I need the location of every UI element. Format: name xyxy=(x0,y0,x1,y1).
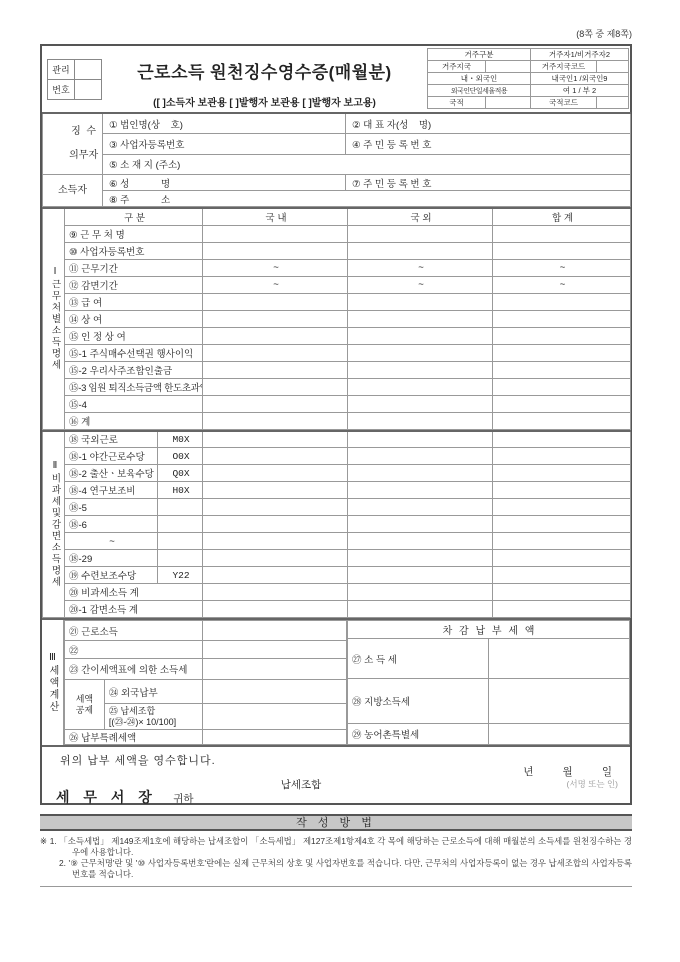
table-row: ㉖ 납부특례세액 xyxy=(65,730,347,745)
withholding-receipt-form: 관리 번호 근로소득 원천징수영수증(매월분) ([ ]소득자 보관용 [ ]발… xyxy=(40,44,632,805)
period-cell[interactable]: ~ xyxy=(203,276,348,293)
value-cell[interactable] xyxy=(348,516,493,533)
receipt-block: 위의 납부 세액을 영수합니다. 년 월 일 납세조합 (서명 또는 인) 세 … xyxy=(42,745,630,803)
table-row: ⑲ 수련보조수당 Y22 xyxy=(43,567,631,584)
field-business-reg-no[interactable]: ③ 사업자등록번호 xyxy=(103,134,346,155)
period-cell[interactable]: ~ xyxy=(348,276,493,293)
value-cell[interactable] xyxy=(493,412,631,429)
value-cell[interactable] xyxy=(203,344,348,361)
value-cell[interactable] xyxy=(348,412,493,429)
value-cell[interactable] xyxy=(202,704,346,730)
addressee-line: 세 무 서 장 귀하 xyxy=(56,787,194,807)
value-cell[interactable] xyxy=(203,293,348,310)
value-cell[interactable] xyxy=(488,639,629,679)
row-label: ⑮-2 우리사주조합인출금 xyxy=(65,361,203,378)
row-label: ㉗ 소 득 세 xyxy=(348,639,489,679)
value-cell[interactable] xyxy=(348,242,493,259)
row-label: ⑱-4 연구보조비 xyxy=(65,482,158,499)
row-label: ㉕ 납세조합 [(㉓-㉔)× 10/100] xyxy=(104,704,202,730)
value-cell[interactable] xyxy=(493,293,631,310)
section1-income-table: Ⅰ근무처별소득명세 구 분 국 내 국 외 합 계 ⑨ 근 무 처 명 ⑩ 사업… xyxy=(42,207,631,430)
row-label: ⑮-3 임원 퇴직소득금액 한도초과액 xyxy=(65,378,203,395)
section1-side-label: Ⅰ근무처별소득명세 xyxy=(43,208,65,429)
value-cell[interactable] xyxy=(202,641,346,659)
value-cell[interactable] xyxy=(203,448,348,465)
value-cell[interactable] xyxy=(348,482,493,499)
value-cell[interactable] xyxy=(493,225,631,242)
row-label: ㉙ 농어촌특별세 xyxy=(348,724,489,745)
table-row: ㉘ 지방소득세 xyxy=(348,679,630,724)
nationality-label: 국적 xyxy=(427,97,485,109)
value-cell[interactable] xyxy=(488,724,629,745)
nationality-type-label: 내・외국인 xyxy=(427,73,530,85)
section3-right-table: 차 감 납 부 세 액 ㉗ 소 득 세 ㉘ 지방소득세 ㉙ 농어촌특별세 xyxy=(347,620,630,745)
code-cell: M0X xyxy=(158,431,203,448)
code-cell xyxy=(158,550,203,567)
value-cell[interactable] xyxy=(203,516,348,533)
column-header-total: 합 계 xyxy=(493,208,631,225)
code-cell xyxy=(158,533,203,550)
table-row: ~ xyxy=(43,533,631,550)
table-row: ⑮-4 xyxy=(43,395,631,412)
value-cell[interactable] xyxy=(348,327,493,344)
receipt-statement: 위의 납부 세액을 영수합니다. xyxy=(60,752,216,768)
table-row: ㉙ 농어촌특별세 xyxy=(348,724,630,745)
value-cell[interactable] xyxy=(203,225,348,242)
table-row: Ⅱ비과세및감면소득명세 ⑱ 국외근로 M0X xyxy=(43,431,631,448)
copy-type-checkboxes[interactable]: ([ ]소득자 보관용 [ ]발행자 보관용 [ ]발행자 보고용) xyxy=(102,94,427,109)
residency-type-options[interactable]: 거주자1/비거주자2 xyxy=(530,49,628,61)
table-row: ⑱-1 야간근로수당 O0X xyxy=(43,448,631,465)
net-tax-payable-header: 차 감 납 부 세 액 xyxy=(348,621,630,639)
field-resident-reg-no-earner[interactable]: ⑦ 주 민 등 록 번 호 xyxy=(346,175,631,191)
form-title: 근로소득 원천징수영수증(매월분) xyxy=(102,58,427,83)
row-label: ㉓ 간이세액표에 의한 소득세 xyxy=(65,659,203,680)
value-cell[interactable] xyxy=(493,482,631,499)
addressee-suffix: 귀하 xyxy=(173,793,193,805)
code-cell xyxy=(158,516,203,533)
form-header: 관리 번호 근로소득 원천징수영수증(매월분) ([ ]소득자 보관용 [ ]발… xyxy=(42,46,630,112)
table-row: ㉒ xyxy=(65,641,347,659)
column-header-overseas: 국 외 xyxy=(348,208,493,225)
row-label: ⑫ 감면기간 xyxy=(65,276,203,293)
row-label: ⑲ 수련보조수당 xyxy=(65,567,158,584)
footer-divider xyxy=(40,886,632,887)
value-cell[interactable] xyxy=(348,344,493,361)
residence-country-code-label: 거주지국코드 xyxy=(530,61,596,73)
value-cell[interactable] xyxy=(203,601,348,618)
field-address-agent[interactable]: ⑤ 소 재 지 (주소) xyxy=(103,154,631,175)
value-cell[interactable] xyxy=(493,310,631,327)
section3-left-table: ㉑ 근로소득 ㉒ ㉓ 간이세액표에 의한 소득세 세액 공제 ㉔ 외국납부 xyxy=(64,620,347,745)
value-cell[interactable] xyxy=(493,499,631,516)
row-label-ellipsis: ~ xyxy=(65,533,158,550)
row-label: ⑱ 국외근로 xyxy=(65,431,158,448)
table-row: ⑭ 상 여 xyxy=(43,310,631,327)
field-resident-reg-no-agent[interactable]: ④ 주 민 등 록 번 호 xyxy=(346,134,631,155)
value-cell[interactable] xyxy=(348,448,493,465)
value-cell[interactable] xyxy=(203,327,348,344)
residence-country-code-cell[interactable] xyxy=(596,61,628,73)
tax-office-head: 세 무 서 장 xyxy=(56,789,157,805)
nationality-cell[interactable] xyxy=(485,97,530,109)
table-row: ㉓ 간이세액표에 의한 소득세 xyxy=(65,659,347,680)
row-label: ⑮ 인 정 상 여 xyxy=(65,327,203,344)
parties-table: 징 수 의무자 ① 법인명(상 호) ② 대 표 자(성 명) ③ 사업자등록번… xyxy=(42,112,631,207)
value-cell[interactable] xyxy=(203,242,348,259)
table-row: ⑮-1 주식매수선택권 행사이익 xyxy=(43,344,631,361)
row-label: ㉒ xyxy=(65,641,203,659)
value-cell[interactable] xyxy=(493,361,631,378)
value-cell[interactable] xyxy=(348,584,493,601)
value-cell[interactable] xyxy=(493,378,631,395)
value-cell[interactable] xyxy=(203,412,348,429)
period-cell[interactable]: ~ xyxy=(203,259,348,276)
section2-side-label: Ⅱ비과세및감면소득명세 xyxy=(43,431,65,618)
value-cell[interactable] xyxy=(203,431,348,448)
value-cell[interactable] xyxy=(488,679,629,724)
table-row: ⑳-1 감면소득 계 xyxy=(43,601,631,618)
mgmt-label-2: 번호 xyxy=(48,80,75,100)
value-cell[interactable] xyxy=(348,293,493,310)
instructions-header: 작 성 방 법 xyxy=(40,814,632,831)
field-earner-address[interactable]: ⑧ 주 소 xyxy=(103,191,631,207)
row-label: ⑳-1 감면소득 계 xyxy=(65,601,203,618)
value-cell[interactable] xyxy=(348,465,493,482)
value-cell[interactable] xyxy=(348,310,493,327)
table-row: ⑨ 근 무 처 명 xyxy=(43,225,631,242)
value-cell[interactable] xyxy=(203,310,348,327)
value-cell[interactable] xyxy=(203,533,348,550)
row-label: ㉑ 근로소득 xyxy=(65,621,203,641)
value-cell[interactable] xyxy=(493,550,631,567)
value-cell[interactable] xyxy=(493,601,631,618)
row-label: ⑭ 상 여 xyxy=(65,310,203,327)
residency-type-label: 거주구분 xyxy=(427,49,530,61)
row-label: ㉖ 납부특례세액 xyxy=(65,730,203,745)
value-cell[interactable] xyxy=(203,395,348,412)
value-cell[interactable] xyxy=(348,361,493,378)
filling-instructions: 작 성 방 법 ※ 1. 「소득세법」 제149조제1호에 해당하는 납세조합이… xyxy=(40,814,632,887)
code-cell: H0X xyxy=(158,482,203,499)
value-cell[interactable] xyxy=(348,550,493,567)
value-cell[interactable] xyxy=(203,550,348,567)
code-cell: Y22 xyxy=(158,567,203,584)
value-cell[interactable] xyxy=(203,465,348,482)
field-corp-name[interactable]: ① 법인명(상 호) xyxy=(103,113,346,134)
table-row: ⑱-2 출산ㆍ보육수당 Q0X xyxy=(43,465,631,482)
table-row: ㉕ 납세조합 [(㉓-㉔)× 10/100] xyxy=(65,704,347,730)
row-label: ㉔ 외국납부 xyxy=(104,680,202,704)
value-cell[interactable] xyxy=(203,378,348,395)
nationality-code-label: 국적코드 xyxy=(530,97,596,109)
period-cell[interactable]: ~ xyxy=(348,259,493,276)
period-cell[interactable]: ~ xyxy=(493,259,631,276)
row-label: ⑱-5 xyxy=(65,499,158,516)
value-cell[interactable] xyxy=(493,584,631,601)
residence-country-label: 거주지국 xyxy=(427,61,485,73)
code-cell: Q0X xyxy=(158,465,203,482)
value-cell[interactable] xyxy=(348,533,493,550)
value-cell[interactable] xyxy=(493,242,631,259)
value-cell[interactable] xyxy=(493,448,631,465)
code-cell: O0X xyxy=(158,448,203,465)
row-label: ⑮-1 주식매수선택권 행사이익 xyxy=(65,344,203,361)
value-cell[interactable] xyxy=(203,567,348,584)
signature-or-seal-note: (서명 또는 인) xyxy=(567,778,618,790)
field-earner-name[interactable]: ⑥ 성 명 xyxy=(103,175,346,191)
row-label: ⑮-4 xyxy=(65,395,203,412)
row-label: ㉘ 지방소득세 xyxy=(348,679,489,724)
mgmt-label-1: 관리 xyxy=(48,60,75,80)
section2-nontaxable-table: Ⅱ비과세및감면소득명세 ⑱ 국외근로 M0X ⑱-1 야간근로수당 O0X ⑱-… xyxy=(42,430,631,619)
value-cell[interactable] xyxy=(348,395,493,412)
row-label: ⑱-29 xyxy=(65,550,158,567)
value-cell[interactable] xyxy=(493,465,631,482)
table-row: 세액 공제 ㉔ 외국납부 xyxy=(65,680,347,704)
value-cell[interactable] xyxy=(348,567,493,584)
value-cell[interactable] xyxy=(348,225,493,242)
nationality-code-cell[interactable] xyxy=(596,97,628,109)
value-cell[interactable] xyxy=(348,378,493,395)
row-label: ⑯ 계 xyxy=(65,412,203,429)
row-label: ⑬ 급 여 xyxy=(65,293,203,310)
table-row: ㉗ 소 득 세 xyxy=(348,639,630,679)
table-row: ⑯ 계 xyxy=(43,412,631,429)
value-cell[interactable] xyxy=(493,395,631,412)
code-cell xyxy=(158,499,203,516)
row-label: ⑱-2 출산ㆍ보육수당 xyxy=(65,465,158,482)
withholding-agent-label: 징 수 의무자 xyxy=(43,113,103,175)
table-row: ⑱-5 xyxy=(43,499,631,516)
table-row: ⑬ 급 여 xyxy=(43,293,631,310)
row-label: ⑳ 비과세소득 계 xyxy=(65,584,203,601)
row-label: ⑨ 근 무 처 명 xyxy=(65,225,203,242)
table-row: ⑱-4 연구보조비 H0X xyxy=(43,482,631,499)
value-cell[interactable] xyxy=(348,499,493,516)
tax-credit-group-label: 세액 공제 xyxy=(65,680,105,730)
column-header-gubun: 구 분 xyxy=(65,208,203,225)
value-cell[interactable] xyxy=(202,621,346,641)
column-header-domestic: 국 내 xyxy=(203,208,348,225)
value-cell[interactable] xyxy=(203,482,348,499)
value-cell[interactable] xyxy=(202,730,346,745)
value-cell[interactable] xyxy=(202,659,346,680)
value-cell[interactable] xyxy=(202,680,346,704)
value-cell[interactable] xyxy=(203,584,348,601)
value-cell[interactable] xyxy=(493,431,631,448)
row-label: ⑱-1 야간근로수당 xyxy=(65,448,158,465)
value-cell[interactable] xyxy=(348,431,493,448)
nationality-type-options[interactable]: 내국인1 /외국인9 xyxy=(530,73,628,85)
table-row: ⑮-2 우리사주조합인출금 xyxy=(43,361,631,378)
flat-tax-rate-label: 외국인단일세율적용 xyxy=(427,85,530,97)
row-label: ⑩ 사업자등록번호 xyxy=(65,242,203,259)
section3-tax-calc: Ⅲ세액계산 ㉑ 근로소득 ㉒ ㉓ 간이세액표에 의한 소득세 세액 공제 ㉔ 외… xyxy=(42,618,630,745)
value-cell[interactable] xyxy=(493,344,631,361)
field-representative[interactable]: ② 대 표 자(성 명) xyxy=(346,113,631,134)
mgmt-number-cell[interactable] xyxy=(75,60,102,80)
income-earner-label: 소득자 xyxy=(43,175,103,207)
table-row: ⑪ 근무기간 ~ ~ ~ xyxy=(43,259,631,276)
table-row: ⑮-3 임원 퇴직소득금액 한도초과액 xyxy=(43,378,631,395)
management-number-box: 관리 번호 xyxy=(47,59,102,100)
instruction-note-2: 2. '⑨ 근무처명'란 및 '⑩ 사업자등록번호'란에는 실제 근무처의 상호… xyxy=(40,858,632,879)
table-row: ⑮ 인 정 상 여 xyxy=(43,327,631,344)
table-row: ⑳ 비과세소득 계 xyxy=(43,584,631,601)
table-row: ⑫ 감면기간 ~ ~ ~ xyxy=(43,276,631,293)
value-cell[interactable] xyxy=(493,327,631,344)
flat-tax-rate-options[interactable]: 여 1 / 부 2 xyxy=(530,85,628,97)
section3-side-label: Ⅲ세액계산 xyxy=(42,620,64,745)
residency-info-table: 거주구분 거주자1/비거주자2 거주지국 거주지국코드 내・외국인 내국인1 /… xyxy=(427,48,629,109)
instruction-note-1: ※ 1. 「소득세법」 제149조제1호에 해당하는 납세조합이 「소득세법」 … xyxy=(40,836,632,857)
page-number-note: (8쪽 중 제8쪽) xyxy=(576,27,632,40)
table-row: ⑱-6 xyxy=(43,516,631,533)
mgmt-number-cell[interactable] xyxy=(75,80,102,100)
residence-country-cell[interactable] xyxy=(485,61,530,73)
value-cell[interactable] xyxy=(493,533,631,550)
row-label: ⑱-6 xyxy=(65,516,158,533)
value-cell[interactable] xyxy=(203,361,348,378)
table-row: ⑩ 사업자등록번호 xyxy=(43,242,631,259)
period-cell[interactable]: ~ xyxy=(493,276,631,293)
value-cell[interactable] xyxy=(203,499,348,516)
value-cell[interactable] xyxy=(493,516,631,533)
table-row: ㉑ 근로소득 xyxy=(65,621,347,641)
value-cell[interactable] xyxy=(348,601,493,618)
value-cell[interactable] xyxy=(493,567,631,584)
row-label: ⑪ 근무기간 xyxy=(65,259,203,276)
table-row: ⑱-29 xyxy=(43,550,631,567)
